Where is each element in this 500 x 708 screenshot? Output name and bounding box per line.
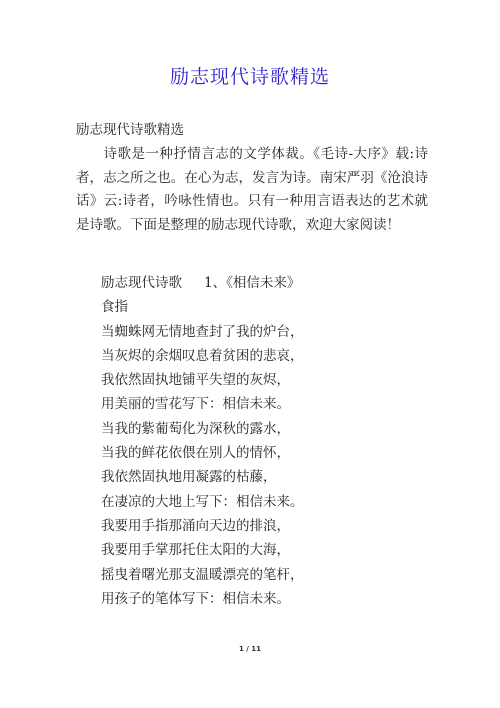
poem-line: 当灰烬的余烟叹息着贫困的悲哀， [101,344,304,368]
poem-line: 用孩子的笔体写下：相信未来。 [101,587,304,611]
poem-section-label: 励志现代诗歌 [101,275,182,291]
intro-paragraph: 诗歌是一种抒情言志的文学体裁。《毛诗-大序》载:诗者，志之所之也。在心为志，发言… [76,143,428,237]
poem: 励志现代诗歌1、《相信未来》 食指 当蜘蛛网无情地查封了我的炉台， 当灰烬的余烟… [101,271,304,611]
poem-line: 用美丽的雪花写下：相信未来。 [101,392,304,416]
poem-line: 当我的紫葡萄化为深秋的露水， [101,417,304,441]
poem-line: 我要用手指那涌向天边的排浪， [101,514,304,538]
poem-line: 当蜘蛛网无情地查封了我的炉台， [101,320,304,344]
poem-line: 摇曳着曙光那支温暖漂亮的笔杆， [101,563,304,587]
intro-paragraph-text: 诗歌是一种抒情言志的文学体裁。《毛诗-大序》载:诗者，志之所之也。在心为志，发言… [76,146,428,233]
poem-line: 我依然固执地铺平失望的灰烬， [101,368,304,392]
document-page: 励志现代诗歌精选 励志现代诗歌精选 诗歌是一种抒情言志的文学体裁。《毛诗-大序》… [0,0,500,708]
poem-line: 我要用手掌那托住太阳的大海， [101,538,304,562]
page-number: 1 / 11 [0,645,500,653]
poem-number-title: 1、《相信未来》 [204,275,300,291]
poem-line: 在凄凉的大地上写下：相信未来。 [101,490,304,514]
poem-line: 当我的鲜花依偎在别人的情怀， [101,441,304,465]
poem-heading: 励志现代诗歌1、《相信未来》 [101,271,304,295]
poem-line: 我依然固执地用凝露的枯藤， [101,465,304,489]
poem-author: 食指 [101,295,304,319]
document-title: 励志现代诗歌精选 [0,62,500,89]
document-subtitle: 励志现代诗歌精选 [76,118,184,138]
